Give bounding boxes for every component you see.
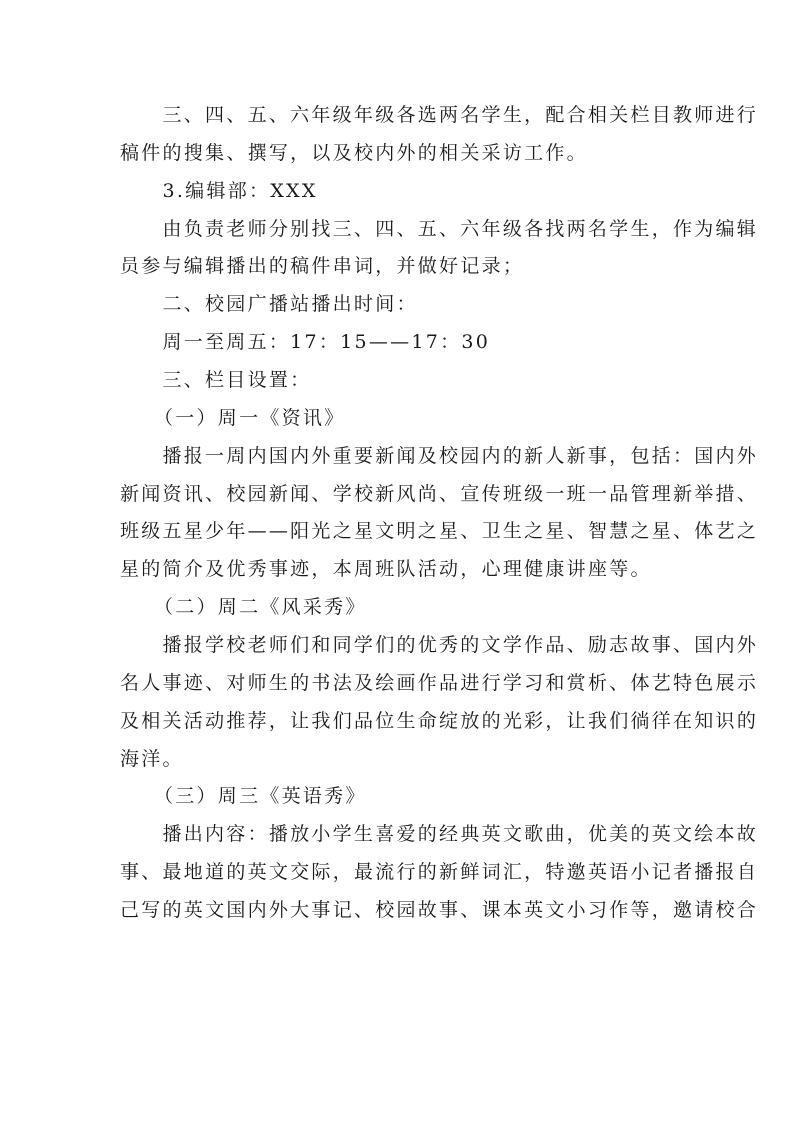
paragraph-monday-body: 播报一周内国内外重要新闻及校园内的新人新事，包括：国内外 新闻资讯、校园新闻、学… xyxy=(120,438,680,589)
paragraph-monday-heading: （一）周一《资讯》 xyxy=(120,400,680,438)
text-line: 员参与编辑播出的稿件串词，并做好记录； xyxy=(120,248,680,286)
text-line: 己写的英文国内外大事记、校园故事、课本英文小习作等，邀请校合 xyxy=(120,892,680,930)
paragraph-broadcast-time-value: 周一至周五：17：15——17：30 xyxy=(120,324,680,362)
paragraph-wednesday-body: 播出内容：播放小学生喜爱的经典英文歌曲，优美的英文绘本故 事、最地道的英文交际，… xyxy=(120,816,680,930)
text-line: 事、最地道的英文交际，最流行的新鲜词汇，特邀英语小记者播报自 xyxy=(120,854,680,892)
paragraph-tuesday-heading: （二）周二《风采秀》 xyxy=(120,589,680,627)
subheading: 3.编辑部：XXX xyxy=(120,173,680,211)
paragraph-editorial-heading: 3.编辑部：XXX xyxy=(120,173,680,211)
document-page: 三、四、五、六年级年级各选两名学生，配合相关栏目教师进行 稿件的搜集、撰写，以及… xyxy=(0,0,793,1122)
text-line: 稿件的搜集、撰写，以及校内外的相关采访工作。 xyxy=(120,135,680,173)
text-line: 新闻资讯、校园新闻、学校新风尚、宣传班级一班一品管理新举措、 xyxy=(120,476,680,514)
subheading: （三）周三《英语秀》 xyxy=(120,778,680,816)
section-heading: 二、校园广播站播出时间： xyxy=(120,286,680,324)
paragraph-staff-grades: 三、四、五、六年级年级各选两名学生，配合相关栏目教师进行 稿件的搜集、撰写，以及… xyxy=(120,97,680,173)
paragraph-broadcast-time-heading: 二、校园广播站播出时间： xyxy=(120,286,680,324)
subheading: （一）周一《资讯》 xyxy=(120,400,680,438)
paragraph-wednesday-heading: （三）周三《英语秀》 xyxy=(120,778,680,816)
text-line: 及相关活动推荐，让我们品位生命绽放的光彩，让我们徜徉在知识的 xyxy=(120,703,680,741)
document-body: 三、四、五、六年级年级各选两名学生，配合相关栏目教师进行 稿件的搜集、撰写，以及… xyxy=(120,97,680,930)
text-line: 播报一周内国内外重要新闻及校园内的新人新事，包括：国内外 xyxy=(120,438,680,476)
text-line: 海洋。 xyxy=(120,741,680,779)
text-line: 由负责老师分别找三、四、五、六年级各找两名学生，作为编辑 xyxy=(120,211,680,249)
paragraph-tuesday-body: 播报学校老师们和同学们的优秀的文学作品、励志故事、国内外 名人事迹、对师生的书法… xyxy=(120,627,680,778)
text-line: 星的简介及优秀事迹，本周班队活动，心理健康讲座等。 xyxy=(120,551,680,589)
text-line: 播报学校老师们和同学们的优秀的文学作品、励志故事、国内外 xyxy=(120,627,680,665)
text-line: 班级五星少年——阳光之星文明之星、卫生之星、智慧之星、体艺之 xyxy=(120,513,680,551)
text-line: 播出内容：播放小学生喜爱的经典英文歌曲，优美的英文绘本故 xyxy=(120,816,680,854)
paragraph-sections-heading: 三、栏目设置： xyxy=(120,362,680,400)
subheading: （二）周二《风采秀》 xyxy=(120,589,680,627)
broadcast-time: 周一至周五：17：15——17：30 xyxy=(120,324,680,362)
text-line: 名人事迹、对师生的书法及绘画作品进行学习和赏析、体艺特色展示 xyxy=(120,665,680,703)
paragraph-editorial-body: 由负责老师分别找三、四、五、六年级各找两名学生，作为编辑 员参与编辑播出的稿件串… xyxy=(120,211,680,287)
text-line: 三、四、五、六年级年级各选两名学生，配合相关栏目教师进行 xyxy=(120,97,680,135)
section-heading: 三、栏目设置： xyxy=(120,362,680,400)
